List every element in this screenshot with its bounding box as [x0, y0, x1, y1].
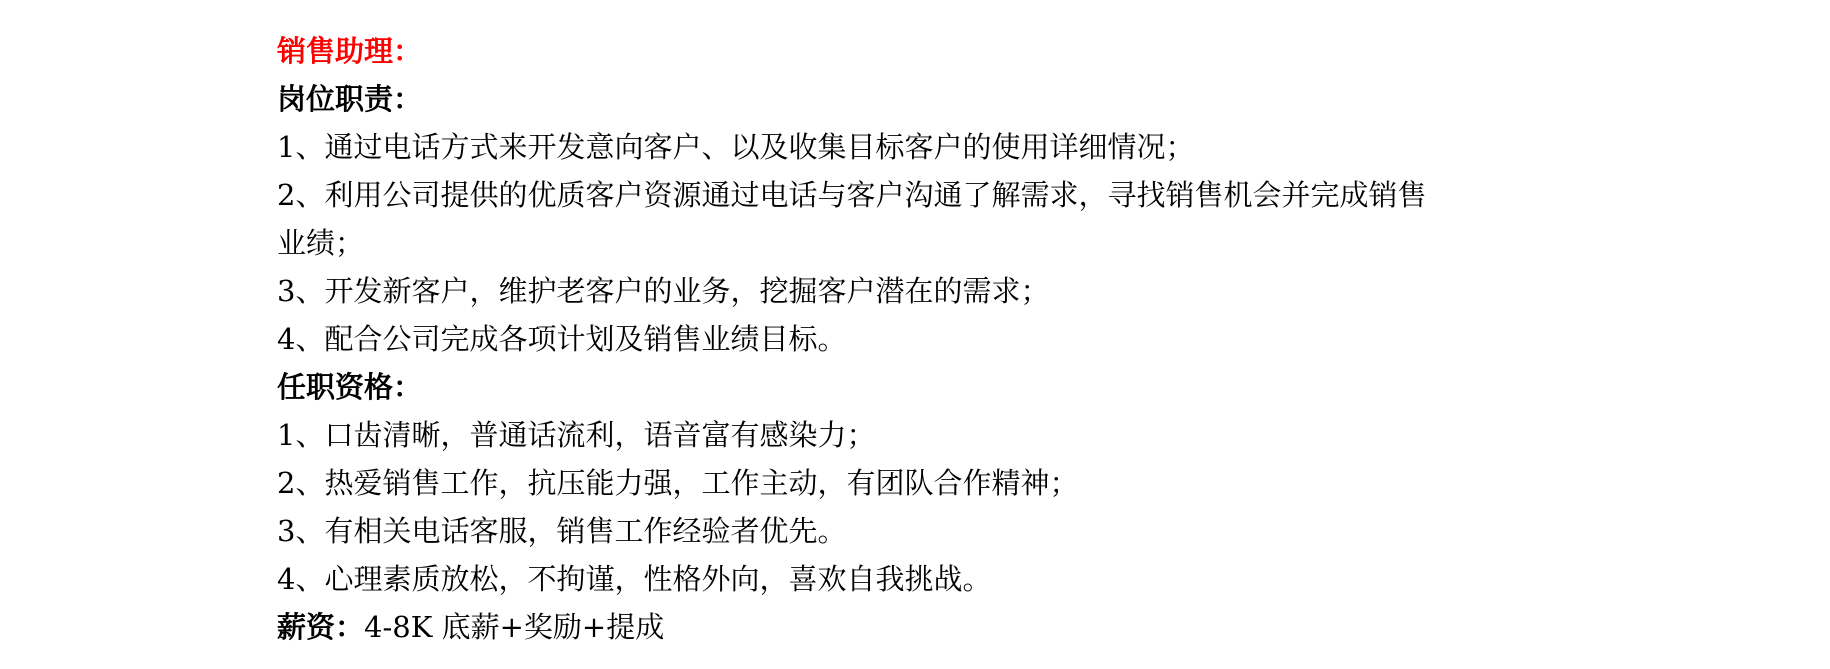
qualification-item: 3、有相关电话客服，销售工作经验者优先。: [277, 507, 1567, 555]
responsibility-item-continued: 业绩；: [277, 219, 1567, 267]
responsibility-item: 4、配合公司完成各项计划及销售业绩目标。: [277, 315, 1567, 363]
qualification-item: 1、口齿清晰，普通话流利，语音富有感染力；: [277, 411, 1567, 459]
responsibility-item: 2、利用公司提供的优质客户资源通过电话与客户沟通了解需求，寻找销售机会并完成销售: [277, 171, 1567, 219]
qualifications-heading: 任职资格：: [277, 363, 1567, 411]
qualification-item: 2、热爱销售工作，抗压能力强，工作主动，有团队合作精神；: [277, 459, 1567, 507]
responsibility-item: 1、通过电话方式来开发意向客户、以及收集目标客户的使用详细情况；: [277, 123, 1567, 171]
salary-label: 薪资：: [277, 610, 364, 644]
responsibilities-heading: 岗位职责：: [277, 75, 1567, 123]
qualification-item: 4、心理素质放松，不拘谨，性格外向，喜欢自我挑战。: [277, 555, 1567, 603]
job-posting-document: 销售助理： 岗位职责： 1、通过电话方式来开发意向客户、以及收集目标客户的使用详…: [277, 27, 1567, 651]
salary-value: 4-8K 底薪+奖励+提成: [364, 610, 664, 644]
job-title: 销售助理：: [277, 27, 1567, 75]
responsibility-item: 3、开发新客户，维护老客户的业务，挖掘客户潜在的需求；: [277, 267, 1567, 315]
salary-line: 薪资：4-8K 底薪+奖励+提成: [277, 603, 1567, 651]
